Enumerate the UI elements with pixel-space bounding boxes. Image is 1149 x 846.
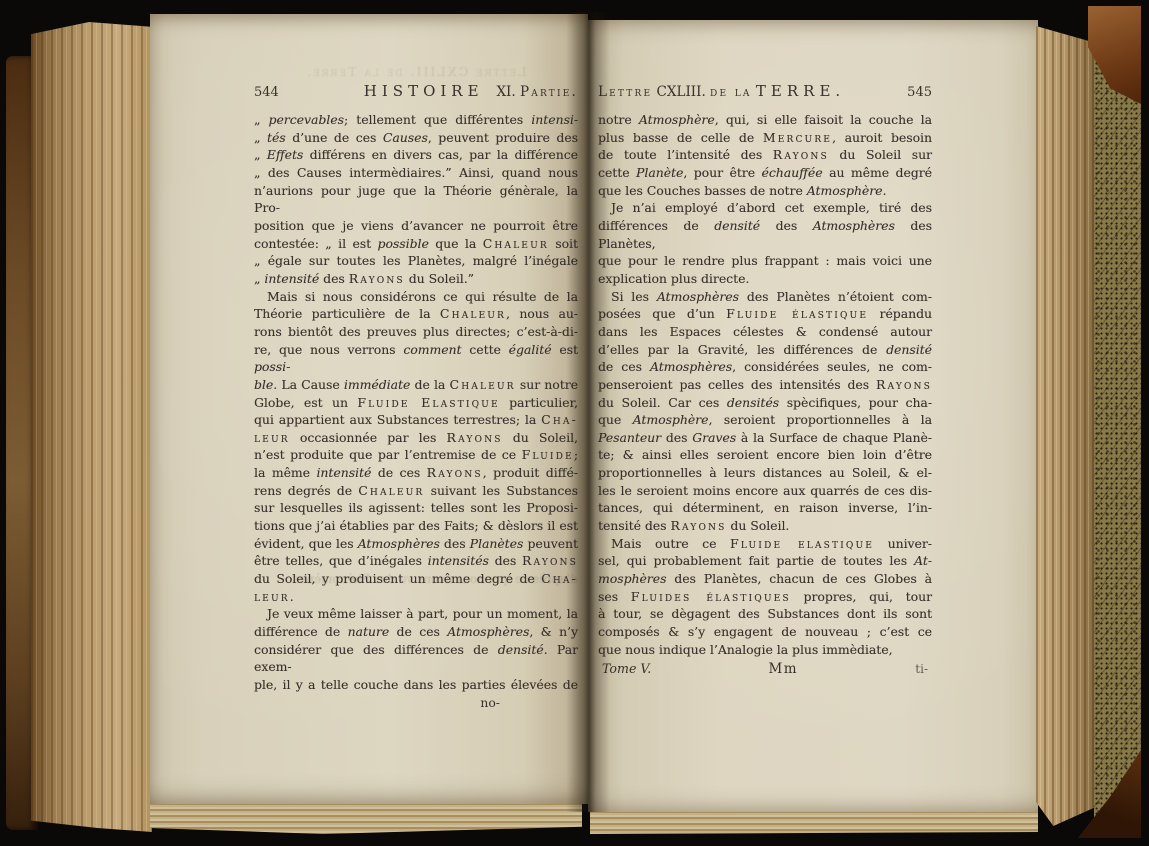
- text-line: cette Planète, pour être échauffée au mê…: [598, 164, 932, 182]
- text-line: penseroient pas celles des intensités de…: [598, 376, 932, 394]
- text-line: position que je viens d’avancer ne pourr…: [254, 217, 578, 235]
- text-line: évident, que les Atmosphères des Planète…: [254, 535, 578, 553]
- text-line: plus basse de celle de Mercure, auroit b…: [598, 129, 932, 147]
- text-line: d’elles par la Gravité, les différences …: [598, 341, 932, 359]
- text-line: „ Effets différens en divers cas, par la…: [254, 146, 578, 164]
- right-page: Lettre CXLIII. de la TERRE. 545 notre At…: [588, 20, 1038, 812]
- book-photograph: Lettre CXLIII. de la Terre. d’après ce q…: [0, 0, 1149, 846]
- text-line: Pesanteur des Graves à la Surface de cha…: [598, 429, 932, 447]
- text-line: les le seroient moins encore aux quarrés…: [598, 482, 932, 500]
- text-line: te; & ainsi elles seroient encore bien l…: [598, 446, 932, 464]
- gathering-signature: Mm: [768, 661, 798, 677]
- text-line: la même intensité de ces Rayons, produit…: [254, 464, 578, 482]
- text-line: que nous indique l’Analogie la plus immè…: [598, 641, 932, 659]
- text-line: sur lesquelles ils agissent: telles sont…: [254, 499, 578, 517]
- text-line: différence de nature de ces Atmosphères,…: [254, 623, 578, 641]
- text-line: contestée: „ il est possible que la Chal…: [254, 235, 578, 253]
- text-line: ses Fluides élastiques propres, qui, tou…: [598, 588, 932, 606]
- left-page-edges: [31, 22, 152, 832]
- text-line: „ des Causes intermèdiaires.” Ainsi, qua…: [254, 164, 578, 182]
- text-line: composés & s’y engagent de nouveau ; c’e…: [598, 623, 932, 641]
- left-running-title: HISTOIRE XI. Partie.: [364, 82, 578, 100]
- text-line: n’est produite que par l’entremise de ce…: [254, 446, 578, 464]
- right-running-title: Lettre CXLIII. de la TERRE.: [598, 82, 845, 100]
- text-line: Je veux même laisser à part, pour un mom…: [254, 605, 578, 623]
- text-line: Lettre CXLIII. de la TERRE.: [598, 82, 845, 100]
- text-line: être telles, que d’inégales intensités d…: [254, 552, 578, 570]
- marbled-cover-board: [1094, 6, 1141, 838]
- left-page: Lettre CXLIII. de la Terre. d’après ce q…: [150, 14, 588, 804]
- text-line: qui appartient aux Substances terrestres…: [254, 411, 578, 429]
- right-page-number: 545: [907, 85, 932, 100]
- text-line: à tour, se dègagent des Substances dont …: [598, 605, 932, 623]
- text-line: que les Couches basses de notre Atmosphè…: [598, 182, 932, 200]
- text-line: HISTOIRE XI. Partie.: [364, 82, 578, 100]
- text-line: „ égale sur toutes les Planètes, malgré …: [254, 252, 578, 270]
- right-text-column: Lettre CXLIII. de la TERRE. 545 notre At…: [598, 82, 932, 677]
- text-line: „ tés d’une de ces Causes, peuvent produ…: [254, 129, 578, 147]
- right-bottom-page-edges: [590, 809, 1038, 834]
- left-bottom-page-edges: [150, 801, 582, 834]
- text-line: que Atmosphère, seroient proportionnelle…: [598, 411, 932, 429]
- left-text-column: 544 HISTOIRE XI. Partie. „ percevables; …: [254, 82, 578, 710]
- text-line: considérer que des différences de densit…: [254, 641, 578, 676]
- text-line: rens degrés de Chaleur suivant les Subst…: [254, 482, 578, 500]
- text-line: sel, qui probablement fait partie de tou…: [598, 552, 932, 570]
- text-line: différences de densité des Atmosphères d…: [598, 217, 932, 252]
- text-line: Théorie particulière de la Chaleur, nous…: [254, 305, 578, 323]
- text-line: du Soleil. Car ces densités spècifiques,…: [598, 394, 932, 412]
- left-running-head: 544 HISTOIRE XI. Partie.: [254, 82, 578, 100]
- right-page-body: notre Atmosphère, qui, si elle faisoit l…: [598, 111, 932, 658]
- text-line: proportionnelles à leurs distances au So…: [598, 464, 932, 482]
- text-line: tances, qui déterminent, en raison inver…: [598, 499, 932, 517]
- text-line: ple, il y a telle couche dans les partie…: [254, 676, 578, 694]
- right-page-footer: Tome V. Mm ti-: [598, 661, 932, 677]
- right-running-head: Lettre CXLIII. de la TERRE. 545: [598, 82, 932, 100]
- text-line: ble. La Cause immédiate de la Chaleur su…: [254, 376, 578, 394]
- text-line: Je n’ai employé d’abord cet exemple, tir…: [598, 199, 932, 217]
- text-line: Mais outre ce Fluide elastique univer-: [598, 535, 932, 553]
- text-line: explication plus directe.: [598, 270, 932, 288]
- text-line: mosphères des Planètes, chacun de ces Gl…: [598, 570, 932, 588]
- text-line: leur occasionnée par les Rayons du Solei…: [254, 429, 578, 447]
- text-line: rons bientôt des preuves plus directes; …: [254, 323, 578, 341]
- text-line: „ percevables; tellement que différentes…: [254, 111, 578, 129]
- text-line: n’aurions pour juge que la Théorie génèr…: [254, 182, 578, 217]
- text-line: dans les Espaces célestes & condensé aut…: [598, 323, 932, 341]
- show-through-text: Lettre CXLIII. de la Terre.: [254, 64, 578, 79]
- text-line: de toute l’intensité des Rayons du Solei…: [598, 146, 932, 164]
- text-line: tions que j’ai établies par des Faits; &…: [254, 517, 578, 535]
- text-line: de ces Atmosphères, considérées seules, …: [598, 358, 932, 376]
- volume-label: Tome V.: [602, 661, 651, 676]
- text-line: posées que d’un Fluide élastique répandu: [598, 305, 932, 323]
- text-line: que pour le rendre plus frappant : mais …: [598, 252, 932, 270]
- text-line: notre Atmosphère, qui, si elle faisoit l…: [598, 111, 932, 129]
- right-catchword: ti-: [915, 662, 928, 676]
- right-page-edges: [1036, 26, 1098, 826]
- text-line: Mais si nous considérons ce qui résulte …: [254, 288, 578, 306]
- left-page-body: „ percevables; tellement que différentes…: [254, 111, 578, 694]
- text-line: leur.: [254, 588, 578, 606]
- left-catchword: no-: [254, 695, 578, 710]
- text-line: tensité des Rayons du Soleil.: [598, 517, 932, 535]
- text-line: „ intensité des Rayons du Soleil.”: [254, 270, 578, 288]
- text-line: Si les Atmosphères des Planètes n’étoien…: [598, 288, 932, 306]
- text-line: du Soleil, y produisent un même degré de…: [254, 570, 578, 588]
- text-line: Globe, est un Fluide Elastique particuli…: [254, 394, 578, 412]
- left-page-number: 544: [254, 85, 279, 100]
- text-line: re, que nous verrons comment cette égali…: [254, 341, 578, 376]
